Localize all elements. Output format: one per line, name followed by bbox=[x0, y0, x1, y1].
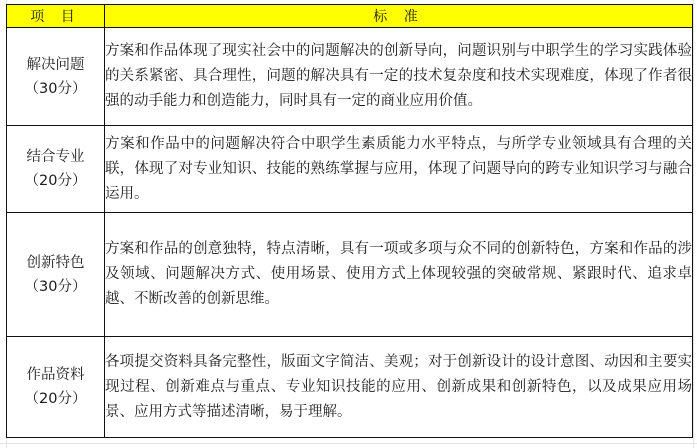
item-name: 创新特色 bbox=[27, 255, 85, 271]
sheet-gridline bbox=[0, 443, 697, 444]
table-row: 解决问题 （30分） 方案和作品体现了现实社会中的问题解决的创新导向，问题识别与… bbox=[7, 28, 693, 126]
item-score: （20分） bbox=[7, 169, 104, 193]
standard-cell: 方案和作品的创意独特，特点清晰，具有一项或多项与众不同的创新特色，方案和作品的涉… bbox=[105, 213, 693, 337]
sheet-gridline bbox=[693, 0, 694, 448]
table-row: 创新特色 （30分） 方案和作品的创意独特，特点清晰，具有一项或多项与众不同的创… bbox=[7, 213, 693, 337]
scoring-criteria-table: 项 目 标 准 解决问题 （30分） 方案和作品体现了现实社会中的问题解决的创新… bbox=[6, 4, 693, 438]
standard-cell: 方案和作品中的问题解决符合中职学生素质能力水平特点，与所学专业领域具有合理的关联… bbox=[105, 126, 693, 213]
item-cell: 结合专业 （20分） bbox=[7, 126, 105, 213]
header-row: 项 目 标 准 bbox=[7, 5, 693, 28]
item-name: 结合专业 bbox=[27, 149, 85, 165]
header-standard: 标 准 bbox=[105, 5, 693, 28]
item-score: （20分） bbox=[7, 387, 104, 411]
item-score: （30分） bbox=[7, 275, 104, 299]
standard-cell: 各项提交资料具备完整性，版面文字简洁、美观；对于创新设计的设计意图、动因和主要实… bbox=[105, 337, 693, 438]
header-item: 项 目 bbox=[7, 5, 105, 28]
table-row: 作品资料 （20分） 各项提交资料具备完整性，版面文字简洁、美观；对于创新设计的… bbox=[7, 337, 693, 438]
item-name: 作品资料 bbox=[27, 367, 85, 383]
standard-cell: 方案和作品体现了现实社会中的问题解决的创新导向，问题识别与中职学生的学习实践体验… bbox=[105, 28, 693, 126]
item-cell: 创新特色 （30分） bbox=[7, 213, 105, 337]
item-cell: 解决问题 （30分） bbox=[7, 28, 105, 126]
item-score: （30分） bbox=[7, 77, 104, 101]
item-cell: 作品资料 （20分） bbox=[7, 337, 105, 438]
item-name: 解决问题 bbox=[27, 57, 85, 73]
table-row: 结合专业 （20分） 方案和作品中的问题解决符合中职学生素质能力水平特点，与所学… bbox=[7, 126, 693, 213]
